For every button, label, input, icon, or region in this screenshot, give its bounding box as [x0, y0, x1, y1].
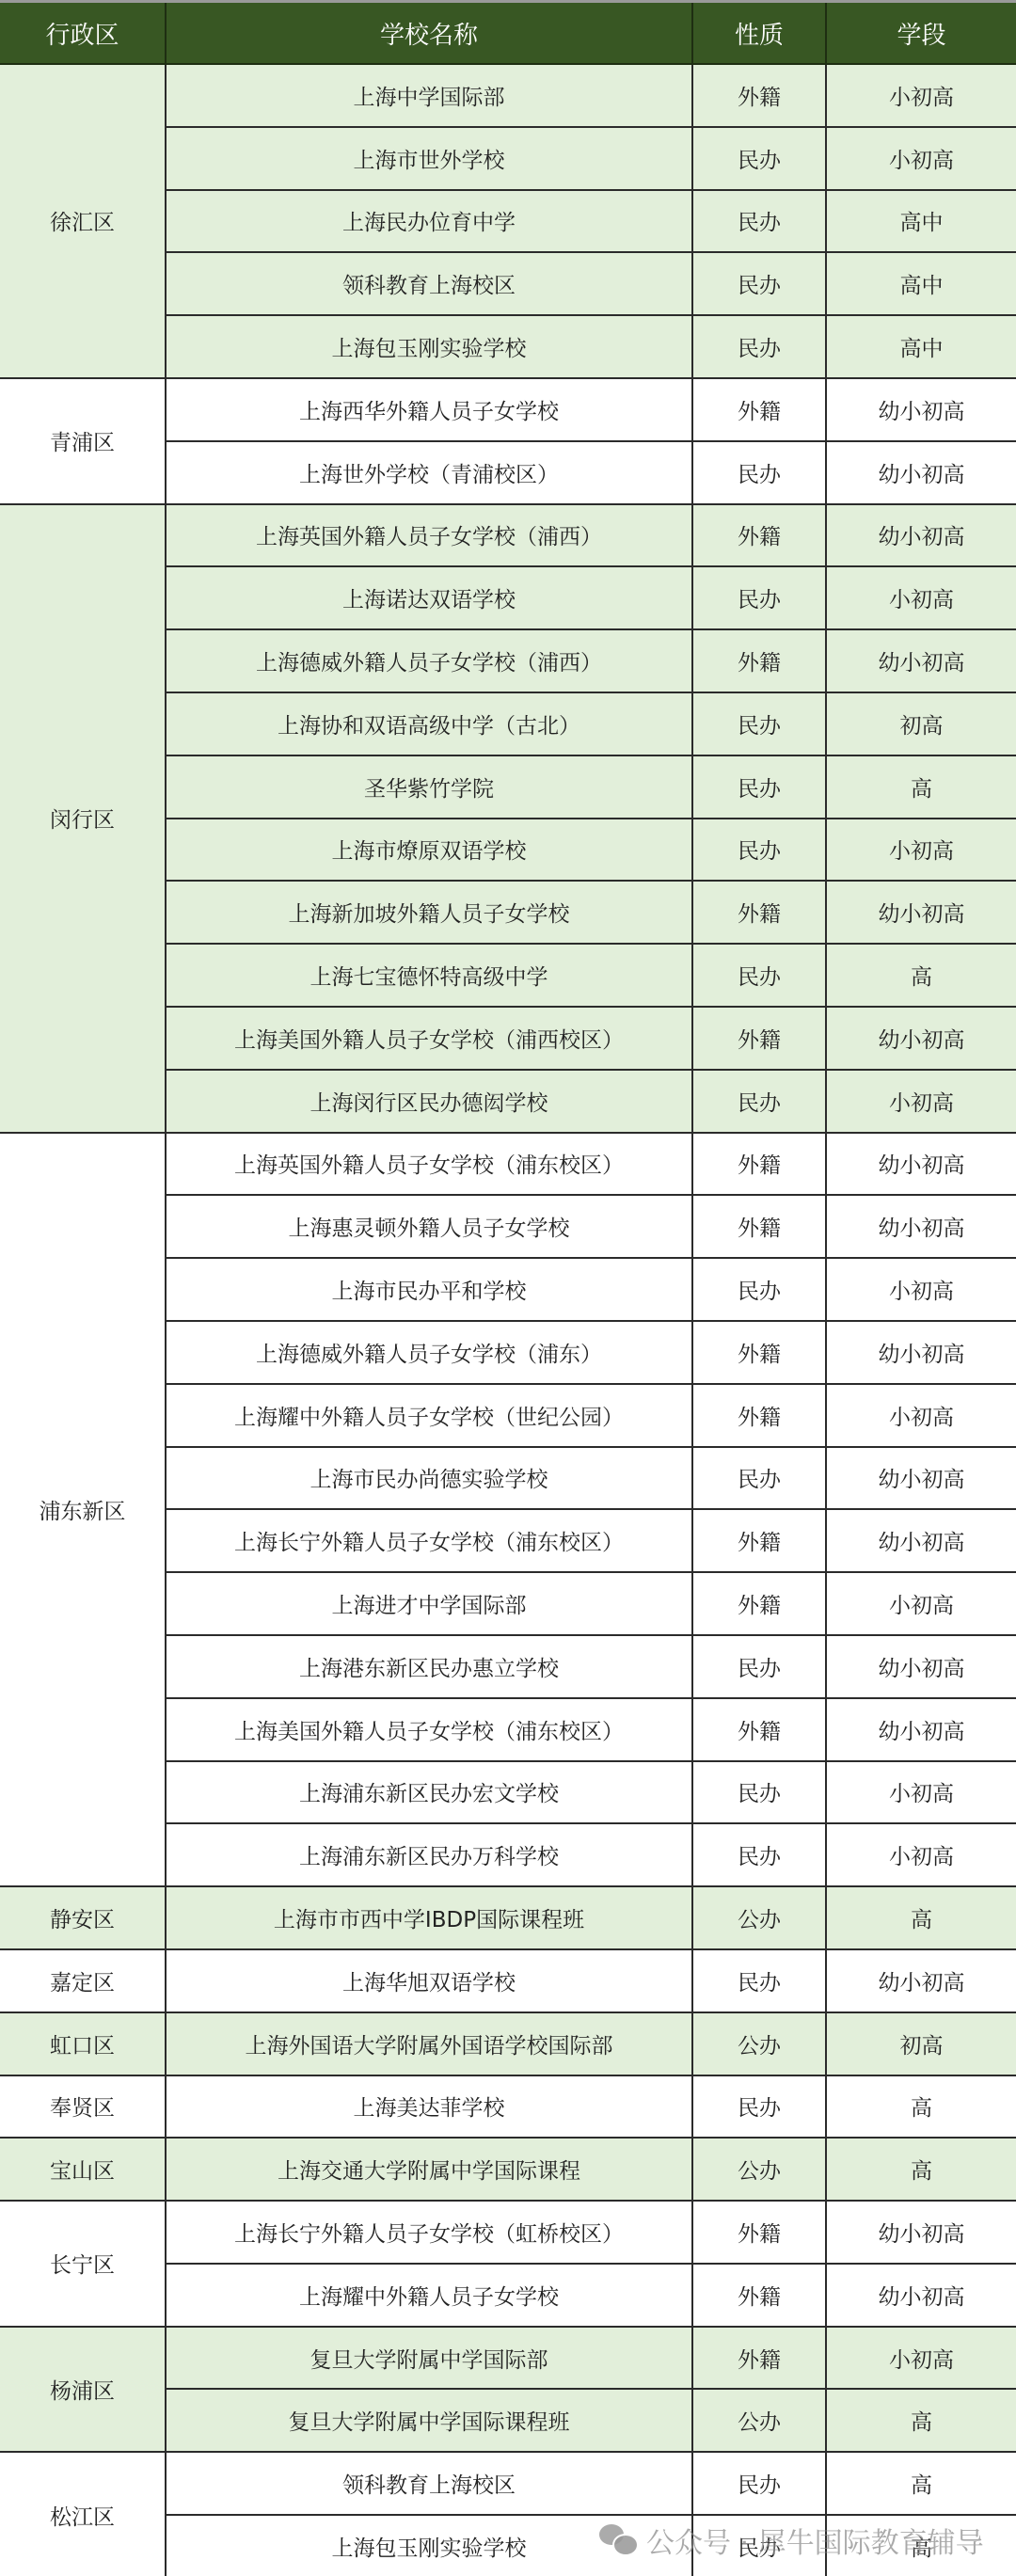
school-name-cell: 上海英国外籍人员子女学校（浦西）	[166, 504, 692, 567]
school-type-cell: 民办	[692, 1761, 826, 1824]
school-stage-cell: 高	[826, 2138, 1016, 2201]
school-stage-cell: 小初高	[826, 1384, 1016, 1447]
district-cell: 长宁区	[0, 2201, 166, 2327]
district-cell: 宝山区	[0, 2138, 166, 2201]
school-type-cell: 民办	[692, 252, 826, 315]
school-name-cell: 上海耀中外籍人员子女学校（世纪公园）	[166, 1384, 692, 1447]
district-cell: 嘉定区	[0, 1949, 166, 2012]
school-stage-cell: 幼小初高	[826, 1509, 1016, 1572]
school-type-cell: 外籍	[692, 881, 826, 944]
school-type-cell: 民办	[692, 1635, 826, 1698]
school-type-cell: 外籍	[692, 1384, 826, 1447]
school-stage-cell: 小初高	[826, 1761, 1016, 1824]
school-name-cell: 上海华旭双语学校	[166, 1949, 692, 2012]
school-stage-cell: 高	[826, 755, 1016, 819]
school-type-cell: 外籍	[692, 1133, 826, 1196]
school-type-cell: 民办	[692, 190, 826, 253]
school-type-cell: 民办	[692, 819, 826, 882]
school-name-cell: 上海德威外籍人员子女学校（浦西）	[166, 629, 692, 692]
school-stage-cell: 高	[826, 1886, 1016, 1949]
school-type-cell: 公办	[692, 2389, 826, 2452]
school-name-cell: 上海诺达双语学校	[166, 566, 692, 629]
school-name-cell: 上海交通大学附属中学国际课程	[166, 2138, 692, 2201]
school-stage-cell: 高中	[826, 315, 1016, 378]
school-stage-cell: 小初高	[826, 2327, 1016, 2390]
school-type-cell: 外籍	[692, 1195, 826, 1258]
school-stage-cell: 高	[826, 2452, 1016, 2515]
school-stage-cell: 小初高	[826, 127, 1016, 190]
district-cell: 松江区	[0, 2452, 166, 2576]
school-name-cell: 上海港东新区民办惠立学校	[166, 1635, 692, 1698]
school-name-cell: 上海七宝德怀特高级中学	[166, 944, 692, 1007]
table-row: 杨浦区复旦大学附属中学国际部外籍小初高	[0, 2327, 1016, 2390]
school-name-cell: 上海中学国际部	[166, 64, 692, 127]
table-row: 静安区上海市市西中学IBDP国际课程班公办高	[0, 1886, 1016, 1949]
school-name-cell: 上海浦东新区民办万科学校	[166, 1823, 692, 1886]
district-cell: 浦东新区	[0, 1133, 166, 1887]
school-name-cell: 上海市民办平和学校	[166, 1258, 692, 1321]
school-name-cell: 上海德威外籍人员子女学校（浦东）	[166, 1321, 692, 1384]
school-name-cell: 上海市民办尚德实验学校	[166, 1447, 692, 1510]
school-type-cell: 外籍	[692, 2264, 826, 2327]
school-stage-cell: 幼小初高	[826, 441, 1016, 504]
school-name-cell: 上海市市西中学IBDP国际课程班	[166, 1886, 692, 1949]
school-type-cell: 外籍	[692, 378, 826, 441]
school-stage-cell: 小初高	[826, 1823, 1016, 1886]
school-type-cell: 民办	[692, 1447, 826, 1510]
header-type: 性质	[692, 2, 826, 65]
school-type-cell: 外籍	[692, 2327, 826, 2390]
school-stage-cell: 幼小初高	[826, 1447, 1016, 1510]
district-cell: 徐汇区	[0, 64, 166, 378]
district-cell: 闵行区	[0, 504, 166, 1133]
table-row: 嘉定区上海华旭双语学校民办幼小初高	[0, 1949, 1016, 2012]
school-name-cell: 上海长宁外籍人员子女学校（虹桥校区）	[166, 2201, 692, 2264]
school-stage-cell: 高中	[826, 190, 1016, 253]
school-stage-cell: 小初高	[826, 819, 1016, 882]
school-name-cell: 上海美达菲学校	[166, 2075, 692, 2139]
school-type-cell: 外籍	[692, 1509, 826, 1572]
table-row: 宝山区上海交通大学附属中学国际课程公办高	[0, 2138, 1016, 2201]
header-row: 行政区 学校名称 性质 学段	[0, 2, 1016, 65]
school-stage-cell: 幼小初高	[826, 1949, 1016, 2012]
school-type-cell: 民办	[692, 2075, 826, 2139]
school-type-cell: 外籍	[692, 1007, 826, 1070]
school-type-cell: 外籍	[692, 504, 826, 567]
school-name-cell: 上海长宁外籍人员子女学校（浦东校区）	[166, 1509, 692, 1572]
school-stage-cell: 幼小初高	[826, 1321, 1016, 1384]
district-cell: 青浦区	[0, 378, 166, 504]
school-stage-cell: 幼小初高	[826, 881, 1016, 944]
school-stage-cell: 小初高	[826, 64, 1016, 127]
school-type-cell: 民办	[692, 315, 826, 378]
school-name-cell: 上海耀中外籍人员子女学校	[166, 2264, 692, 2327]
school-type-cell: 公办	[692, 2138, 826, 2201]
table-row: 徐汇区上海中学国际部外籍小初高	[0, 64, 1016, 127]
school-name-cell: 上海英国外籍人员子女学校（浦东校区）	[166, 1133, 692, 1196]
school-stage-cell: 幼小初高	[826, 2201, 1016, 2264]
school-type-cell: 民办	[692, 1258, 826, 1321]
school-name-cell: 上海外国语大学附属外国语学校国际部	[166, 2012, 692, 2075]
district-cell: 杨浦区	[0, 2327, 166, 2453]
school-name-cell: 上海惠灵顿外籍人员子女学校	[166, 1195, 692, 1258]
school-type-cell: 民办	[692, 2452, 826, 2515]
school-type-cell: 外籍	[692, 2201, 826, 2264]
district-cell: 奉贤区	[0, 2075, 166, 2139]
school-stage-cell: 小初高	[826, 1258, 1016, 1321]
school-stage-cell: 幼小初高	[826, 1133, 1016, 1196]
table-row: 奉贤区上海美达菲学校民办高	[0, 2075, 1016, 2139]
school-name-cell: 圣华紫竹学院	[166, 755, 692, 819]
district-cell: 静安区	[0, 1886, 166, 1949]
table-row: 松江区领科教育上海校区民办高	[0, 2452, 1016, 2515]
school-stage-cell: 高	[826, 2515, 1016, 2576]
school-type-cell: 外籍	[692, 1698, 826, 1761]
school-stage-cell: 幼小初高	[826, 2264, 1016, 2327]
school-stage-cell: 幼小初高	[826, 1195, 1016, 1258]
school-name-cell: 上海美国外籍人员子女学校（浦东校区）	[166, 1698, 692, 1761]
school-stage-cell: 幼小初高	[826, 1698, 1016, 1761]
school-name-cell: 上海浦东新区民办宏文学校	[166, 1761, 692, 1824]
school-type-cell: 外籍	[692, 1572, 826, 1635]
school-stage-cell: 小初高	[826, 1572, 1016, 1635]
table-row: 青浦区上海西华外籍人员子女学校外籍幼小初高	[0, 378, 1016, 441]
school-stage-cell: 幼小初高	[826, 1007, 1016, 1070]
school-name-cell: 上海市燎原双语学校	[166, 819, 692, 882]
school-stage-cell: 幼小初高	[826, 504, 1016, 567]
school-name-cell: 上海包玉刚实验学校	[166, 315, 692, 378]
school-type-cell: 民办	[692, 127, 826, 190]
school-name-cell: 复旦大学附属中学国际部	[166, 2327, 692, 2390]
school-type-cell: 外籍	[692, 629, 826, 692]
school-stage-cell: 幼小初高	[826, 1635, 1016, 1698]
school-name-cell: 上海美国外籍人员子女学校（浦西校区）	[166, 1007, 692, 1070]
school-name-cell: 上海闵行区民办德闳学校	[166, 1070, 692, 1133]
school-type-cell: 民办	[692, 1949, 826, 2012]
school-type-cell: 民办	[692, 441, 826, 504]
header-district: 行政区	[0, 2, 166, 65]
table-row: 浦东新区上海英国外籍人员子女学校（浦东校区）外籍幼小初高	[0, 1133, 1016, 1196]
school-stage-cell: 高中	[826, 252, 1016, 315]
school-name-cell: 上海协和双语高级中学（古北）	[166, 692, 692, 755]
table-body: 徐汇区上海中学国际部外籍小初高上海市世外学校民办小初高上海民办位育中学民办高中领…	[0, 64, 1016, 2576]
international-schools-table: 行政区 学校名称 性质 学段 徐汇区上海中学国际部外籍小初高上海市世外学校民办小…	[0, 0, 1016, 2576]
school-type-cell: 民办	[692, 755, 826, 819]
school-name-cell: 领科教育上海校区	[166, 252, 692, 315]
school-type-cell: 民办	[692, 1070, 826, 1133]
school-name-cell: 上海民办位育中学	[166, 190, 692, 253]
table-row: 虹口区上海外国语大学附属外国语学校国际部公办初高	[0, 2012, 1016, 2075]
school-type-cell: 民办	[692, 692, 826, 755]
school-name-cell: 上海新加坡外籍人员子女学校	[166, 881, 692, 944]
school-name-cell: 领科教育上海校区	[166, 2452, 692, 2515]
school-type-cell: 民办	[692, 1823, 826, 1886]
school-type-cell: 公办	[692, 2012, 826, 2075]
school-type-cell: 外籍	[692, 64, 826, 127]
school-name-cell: 复旦大学附属中学国际课程班	[166, 2389, 692, 2452]
school-name-cell: 上海市世外学校	[166, 127, 692, 190]
school-stage-cell: 初高	[826, 692, 1016, 755]
school-stage-cell: 初高	[826, 2012, 1016, 2075]
school-type-cell: 外籍	[692, 1321, 826, 1384]
school-type-cell: 民办	[692, 566, 826, 629]
school-name-cell: 上海西华外籍人员子女学校	[166, 378, 692, 441]
school-stage-cell: 高	[826, 2389, 1016, 2452]
school-name-cell: 上海进才中学国际部	[166, 1572, 692, 1635]
school-type-cell: 民办	[692, 944, 826, 1007]
table-row: 长宁区上海长宁外籍人员子女学校（虹桥校区）外籍幼小初高	[0, 2201, 1016, 2264]
school-stage-cell: 高	[826, 2075, 1016, 2139]
table-row: 闵行区上海英国外籍人员子女学校（浦西）外籍幼小初高	[0, 504, 1016, 567]
district-cell: 虹口区	[0, 2012, 166, 2075]
school-name-cell: 上海世外学校（青浦校区）	[166, 441, 692, 504]
school-stage-cell: 小初高	[826, 1070, 1016, 1133]
school-stage-cell: 高	[826, 944, 1016, 1007]
header-stage: 学段	[826, 2, 1016, 65]
school-stage-cell: 幼小初高	[826, 629, 1016, 692]
school-type-cell: 公办	[692, 1886, 826, 1949]
school-name-cell: 上海包玉刚实验学校	[166, 2515, 692, 2576]
school-stage-cell: 小初高	[826, 566, 1016, 629]
header-school-name: 学校名称	[166, 2, 692, 65]
school-type-cell: 民办	[692, 2515, 826, 2576]
school-stage-cell: 幼小初高	[826, 378, 1016, 441]
